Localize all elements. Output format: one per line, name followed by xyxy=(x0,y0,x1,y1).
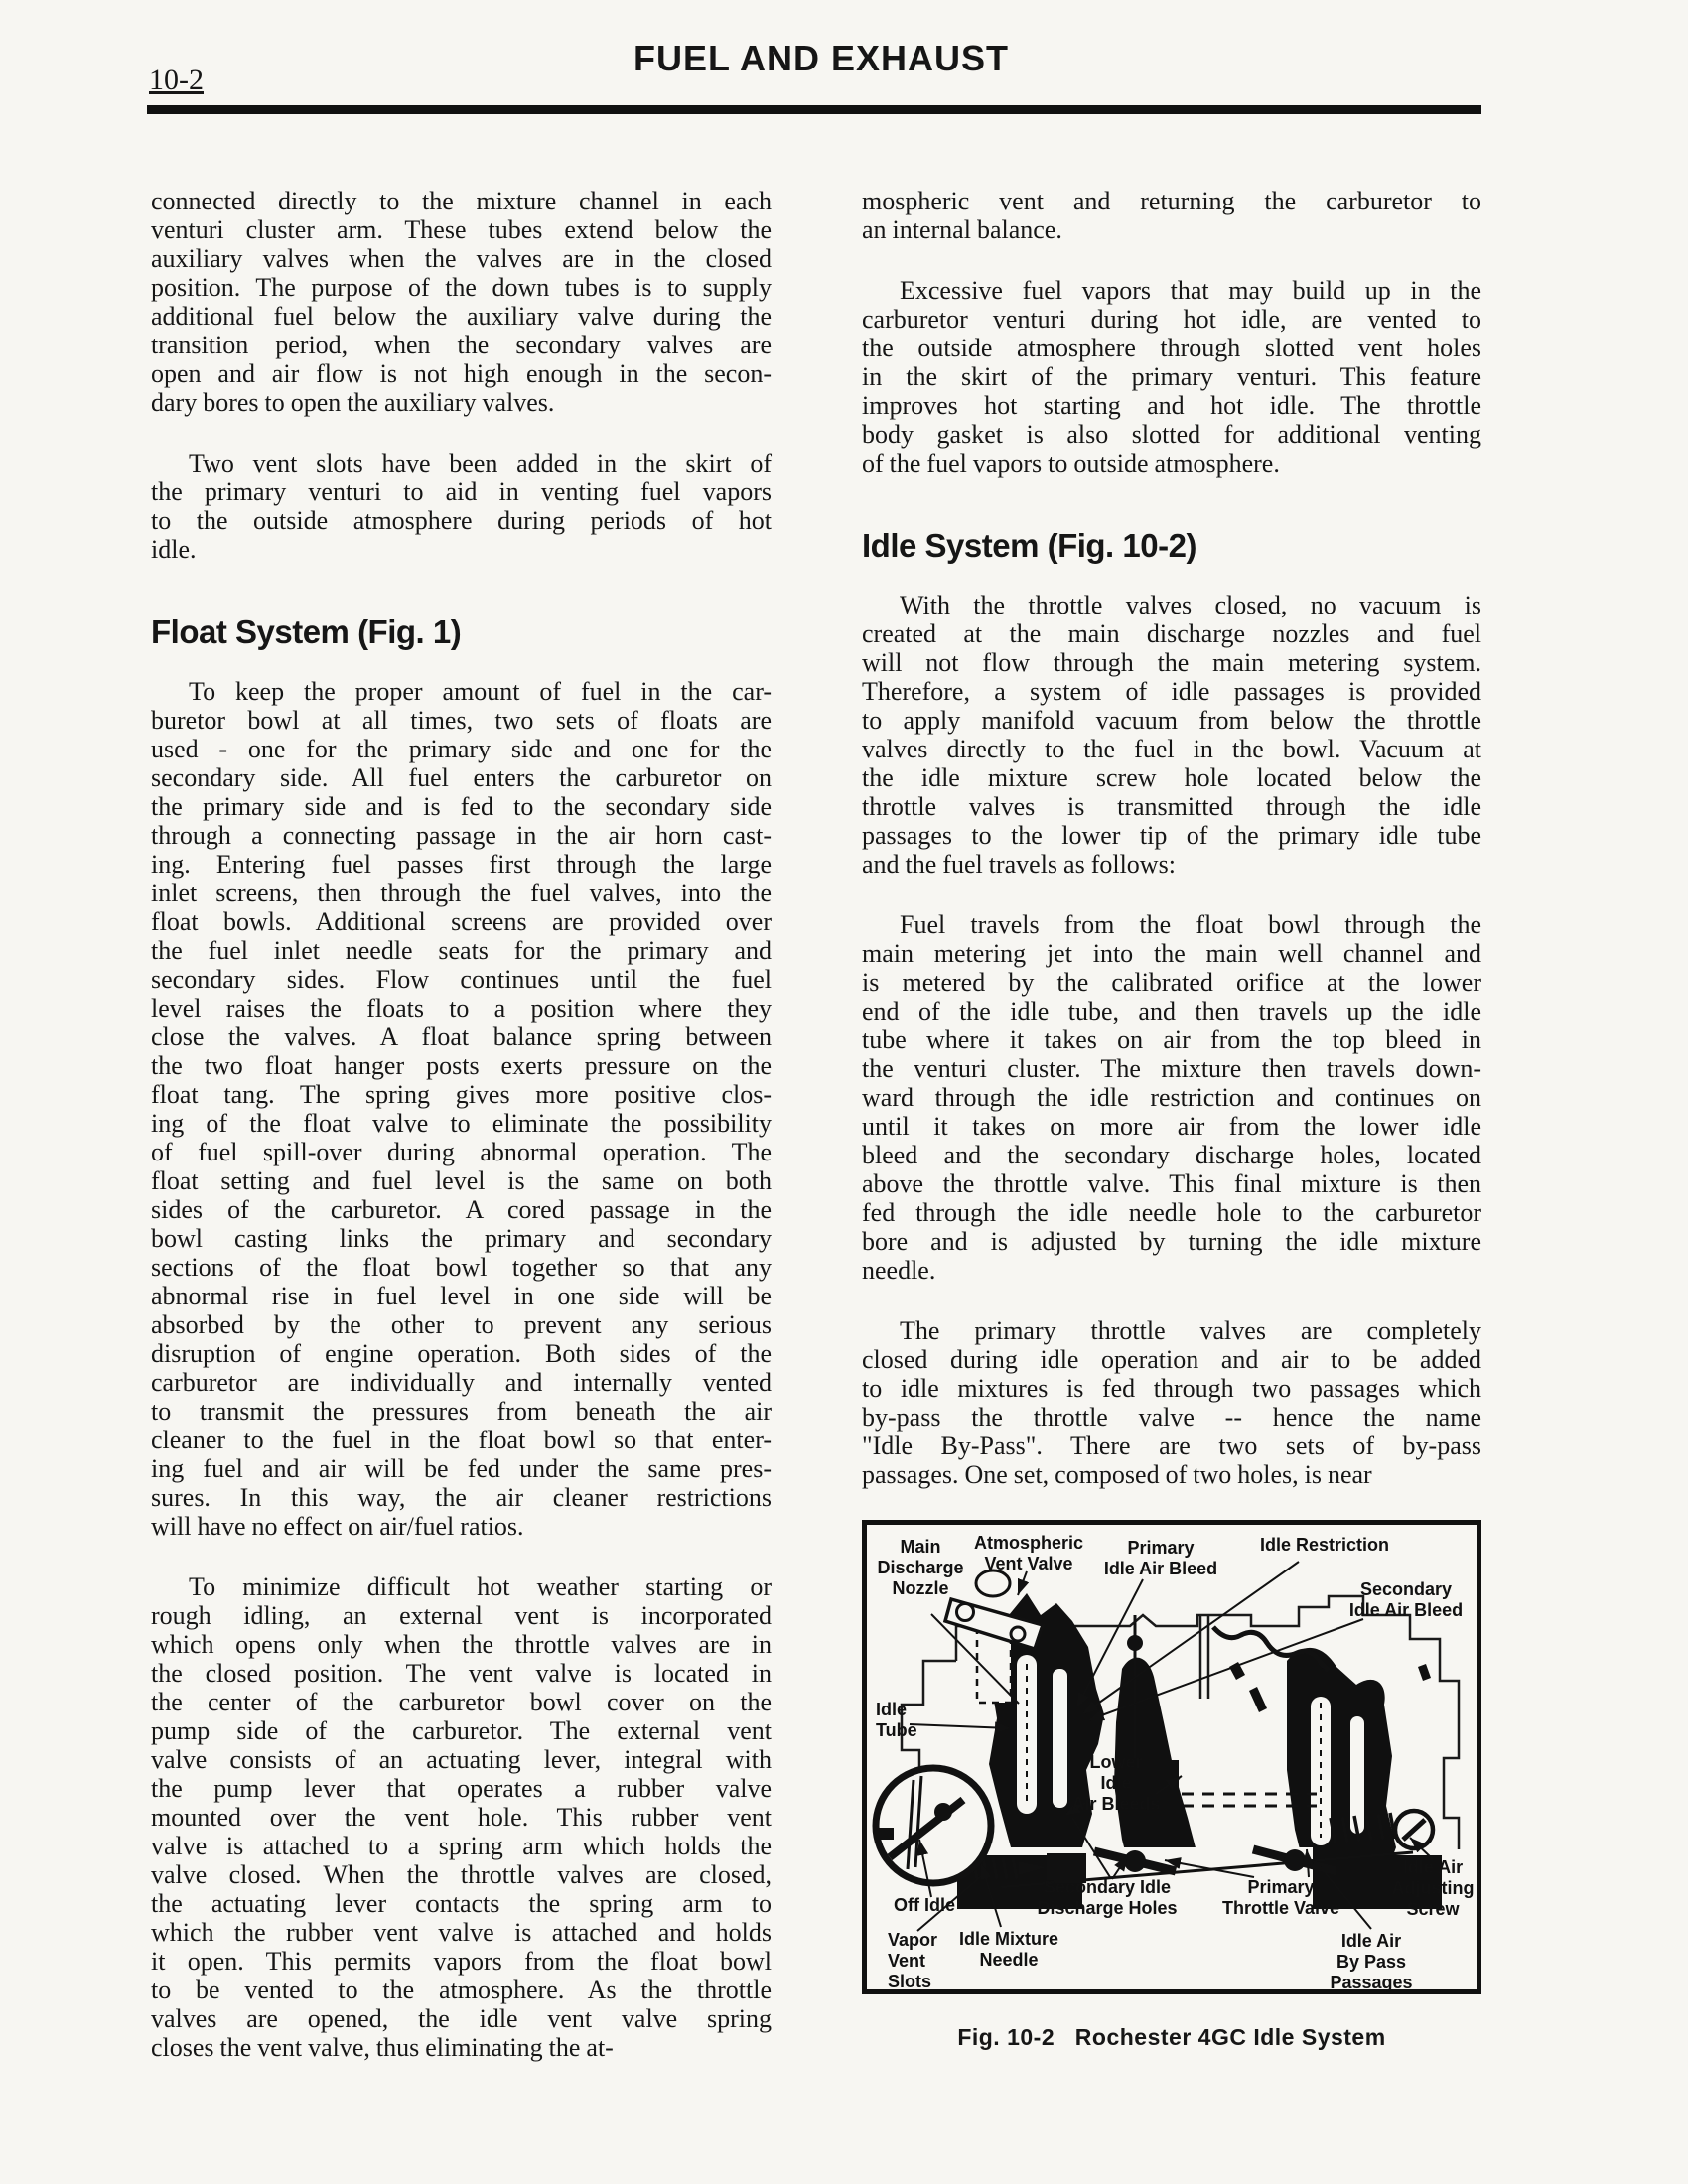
text-line: secondary sides. Flow continues until th… xyxy=(151,965,772,994)
text-line: used - one for the primary side and one … xyxy=(151,735,772,763)
paragraph: Fuel travels from the float bowl through… xyxy=(862,910,1481,1285)
text-line: of fuel spill-over during abnormal opera… xyxy=(151,1138,772,1166)
page-number: 10-2 xyxy=(149,64,204,97)
text-line: the idle mixture screw hole located belo… xyxy=(862,763,1481,792)
text-line: auxiliary valves when the valves are in … xyxy=(151,244,772,273)
text-line: closed during idle operation and air to … xyxy=(862,1345,1481,1374)
header-rule xyxy=(147,105,1481,114)
text-line: an internal balance. xyxy=(862,215,1481,244)
figure-label-vapor-vent-slots: VaporVentSlots xyxy=(888,1930,937,1991)
text-line: abnormal rise in fuel level in one side … xyxy=(151,1282,772,1310)
text-line: valve consists of an actuating lever, in… xyxy=(151,1745,772,1774)
text-line: ing of the float valve to eliminate the … xyxy=(151,1109,772,1138)
text-line: is metered by the calibrated orifice at … xyxy=(862,968,1481,997)
text-line: carburetor venturi during hot idle, are … xyxy=(862,305,1481,334)
figure-diagram: MainDischargeNozzleAtmosphericVent Valve… xyxy=(862,1520,1481,1994)
figure-label-secondary-idle-discharge-holes: Secondary IdleDischarge Holes xyxy=(1037,1877,1177,1918)
text-line: venturi cluster arm. These tubes extend … xyxy=(151,215,772,244)
page-title: FUEL AND EXHAUST xyxy=(633,38,1009,79)
figure-label-secondary-idle-air-bleed: SecondaryIdle Air Bleed xyxy=(1349,1579,1463,1620)
text-line: bowl casting links the primary and secon… xyxy=(151,1224,772,1253)
text-line: created at the main discharge nozzles an… xyxy=(862,619,1481,648)
figure-label-main-discharge-nozzle: MainDischargeNozzle xyxy=(877,1537,963,1598)
text-line: the venturi cluster. The mixture then tr… xyxy=(862,1054,1481,1083)
text-line: Therefore, a system of idle passages is … xyxy=(862,677,1481,706)
text-line: sures. In this way, the air cleaner rest… xyxy=(151,1483,772,1512)
text-line: "Idle By-Pass". There are two sets of by… xyxy=(862,1432,1481,1460)
paragraph: Excessive fuel vapors that may build up … xyxy=(862,276,1481,478)
text-line: ward through the idle restriction and co… xyxy=(862,1083,1481,1112)
text-line: will have no effect on air/fuel ratios. xyxy=(151,1512,772,1541)
text-line: carburetor are individually and internal… xyxy=(151,1368,772,1397)
text-line: Two vent slots have been added in the sk… xyxy=(151,449,772,478)
text-line: closes the vent valve, thus eliminating … xyxy=(151,2033,772,2062)
text-line: the center of the carburetor bowl cover … xyxy=(151,1688,772,1716)
text-line: the two float hanger posts exerts pressu… xyxy=(151,1051,772,1080)
text-line: the fuel inlet needle seats for the prim… xyxy=(151,936,772,965)
text-line: the outside atmosphere through slotted v… xyxy=(862,334,1481,362)
text-line: secondary side. All fuel enters the carb… xyxy=(151,763,772,792)
text-line: bleed and the secondary discharge holes,… xyxy=(862,1141,1481,1169)
text-line: the pump lever that operates a rubber va… xyxy=(151,1774,772,1803)
paragraph: The primary throttle valves are complete… xyxy=(862,1316,1481,1489)
text-line: the closed position. The vent valve is l… xyxy=(151,1659,772,1688)
text-line: which the rubber vent valve is attached … xyxy=(151,1918,772,1947)
figure-label-idle-mixture-needle: Idle MixtureNeedle xyxy=(959,1929,1058,1970)
text-line: ing fuel and air will be fed under the s… xyxy=(151,1454,772,1483)
text-line: float setting and fuel level is the same… xyxy=(151,1166,772,1195)
text-line: fed through the idle needle hole to the … xyxy=(862,1198,1481,1227)
paragraph: Two vent slots have been added in the sk… xyxy=(151,449,772,564)
figure-label-idle-restriction: Idle Restriction xyxy=(1260,1535,1389,1555)
section-heading: Float System (Fig. 1) xyxy=(151,612,772,653)
text-line: main metering jet into the main well cha… xyxy=(862,939,1481,968)
text-line: to transmit the pressures from beneath t… xyxy=(151,1397,772,1426)
text-line: transition period, when the secondary va… xyxy=(151,331,772,359)
text-line: sides of the carburetor. A cored passage… xyxy=(151,1195,772,1224)
paragraph: With the throttle valves closed, no vacu… xyxy=(862,591,1481,879)
text-line: dary bores to open the auxiliary valves. xyxy=(151,388,772,417)
text-line: of the fuel vapors to outside atmosphere… xyxy=(862,449,1481,478)
paragraph: mospheric vent and returning the carbure… xyxy=(862,187,1481,244)
text-line: inlet screens, then through the fuel val… xyxy=(151,879,772,907)
text-line: sections of the float bowl together so t… xyxy=(151,1253,772,1282)
paragraph: To minimize difficult hot weather starti… xyxy=(151,1572,772,2062)
text-line: buretor bowl at all times, two sets of f… xyxy=(151,706,772,735)
text-line: the actuating lever contacts the spring … xyxy=(151,1889,772,1918)
text-line: to the outside atmosphere during periods… xyxy=(151,506,772,535)
text-line: above the throttle valve. This final mix… xyxy=(862,1169,1481,1198)
text-line: additional fuel below the auxiliary valv… xyxy=(151,302,772,331)
text-line: To keep the proper amount of fuel in the… xyxy=(151,677,772,706)
text-line: mospheric vent and returning the carbure… xyxy=(862,187,1481,215)
manual-page: { "page": { "number": "10-2", "title": "… xyxy=(0,0,1688,2184)
text-line: With the throttle valves closed, no vacu… xyxy=(862,591,1481,619)
left-column: connected directly to the mixture channe… xyxy=(151,187,772,2062)
text-line: needle. xyxy=(862,1256,1481,1285)
text-line: idle. xyxy=(151,535,772,564)
text-line: float bowls. Additional screens are prov… xyxy=(151,907,772,936)
text-line: passages. One set, composed of two holes… xyxy=(862,1460,1481,1489)
text-line: to be vented to the atmosphere. As the t… xyxy=(151,1976,772,2004)
text-line: close the valves. A float balance spring… xyxy=(151,1023,772,1051)
text-line: it open. This permits vapors from the fl… xyxy=(151,1947,772,1976)
text-line: in the skirt of the primary venturi. Thi… xyxy=(862,362,1481,391)
figure-caption: Fig. 10-2 Rochester 4GC Idle System xyxy=(862,2024,1481,2051)
text-line: through a connecting passage in the air … xyxy=(151,821,772,850)
text-line: valve closed. When the throttle valves a… xyxy=(151,1860,772,1889)
text-line: Fuel travels from the float bowl through… xyxy=(862,910,1481,939)
text-line: mounted over the vent hole. This rubber … xyxy=(151,1803,772,1832)
text-line: the primary side and is fed to the secon… xyxy=(151,792,772,821)
right-column: mospheric vent and returning the carbure… xyxy=(862,187,1481,2051)
text-line: until it takes on more air from the lowe… xyxy=(862,1112,1481,1141)
figure: MainDischargeNozzleAtmosphericVent Valve… xyxy=(862,1520,1481,1994)
text-line: valves directly to the fuel in the bowl.… xyxy=(862,735,1481,763)
figure-label-idle-air-adjusting-screw: Idle AirAdjustingScrew xyxy=(1392,1857,1475,1919)
text-line: to idle mixtures is fed through two pass… xyxy=(862,1374,1481,1403)
text-line: cleaner to the fuel in the float bowl so… xyxy=(151,1426,772,1454)
text-line: and the fuel travels as follows: xyxy=(862,850,1481,879)
text-line: disruption of engine operation. Both sid… xyxy=(151,1339,772,1368)
text-line: connected directly to the mixture channe… xyxy=(151,187,772,215)
text-line: pump side of the carburetor. The externa… xyxy=(151,1716,772,1745)
paragraph: connected directly to the mixture channe… xyxy=(151,187,772,417)
text-line: absorbed by the other to prevent any ser… xyxy=(151,1310,772,1339)
text-line: passages to the lower tip of the primary… xyxy=(862,821,1481,850)
figure-label-primary-idle-air-bleed: PrimaryIdle Air Bleed xyxy=(1104,1538,1217,1578)
text-line: ing. Entering fuel passes first through … xyxy=(151,850,772,879)
text-line: the primary venturi to aid in venting fu… xyxy=(151,478,772,506)
text-line: to apply manifold vacuum from below the … xyxy=(862,706,1481,735)
paragraph: To keep the proper amount of fuel in the… xyxy=(151,677,772,1541)
text-line: bore and is adjusted by turning the idle… xyxy=(862,1227,1481,1256)
figure-label-idle-air-by-pass-passages: Idle AirBy PassPassages xyxy=(1330,1931,1412,1992)
text-line: tube where it takes on air from the top … xyxy=(862,1025,1481,1054)
text-line: open and air flow is not high enough in … xyxy=(151,359,772,388)
text-line: throttle valves is transmitted through t… xyxy=(862,792,1481,821)
text-line: float tang. The spring gives more positi… xyxy=(151,1080,772,1109)
text-line: will not flow through the main metering … xyxy=(862,648,1481,677)
text-line: end of the idle tube, and then travels u… xyxy=(862,997,1481,1025)
text-line: valves are opened, the idle vent valve s… xyxy=(151,2004,772,2033)
text-line: body gasket is also slotted for addition… xyxy=(862,420,1481,449)
text-line: rough idling, an external vent is incorp… xyxy=(151,1601,772,1630)
text-line: by-pass the throttle valve -- hence the … xyxy=(862,1403,1481,1432)
figure-label-atmospheric-vent-valve: AtmosphericVent Valve xyxy=(974,1533,1083,1573)
text-line: Excessive fuel vapors that may build up … xyxy=(862,276,1481,305)
text-line: level raises the floats to a position wh… xyxy=(151,994,772,1023)
text-line: position. The purpose of the down tubes … xyxy=(151,273,772,302)
section-heading: Idle System (Fig. 10-2) xyxy=(862,525,1481,567)
text-line: To minimize difficult hot weather starti… xyxy=(151,1572,772,1601)
text-line: which opens only when the throttle valve… xyxy=(151,1630,772,1659)
text-line: improves hot starting and hot idle. The … xyxy=(862,391,1481,420)
text-line: The primary throttle valves are complete… xyxy=(862,1316,1481,1345)
figure-label-off-idle: Off Idle xyxy=(894,1895,955,1915)
text-line: valve is attached to a spring arm which … xyxy=(151,1832,772,1860)
